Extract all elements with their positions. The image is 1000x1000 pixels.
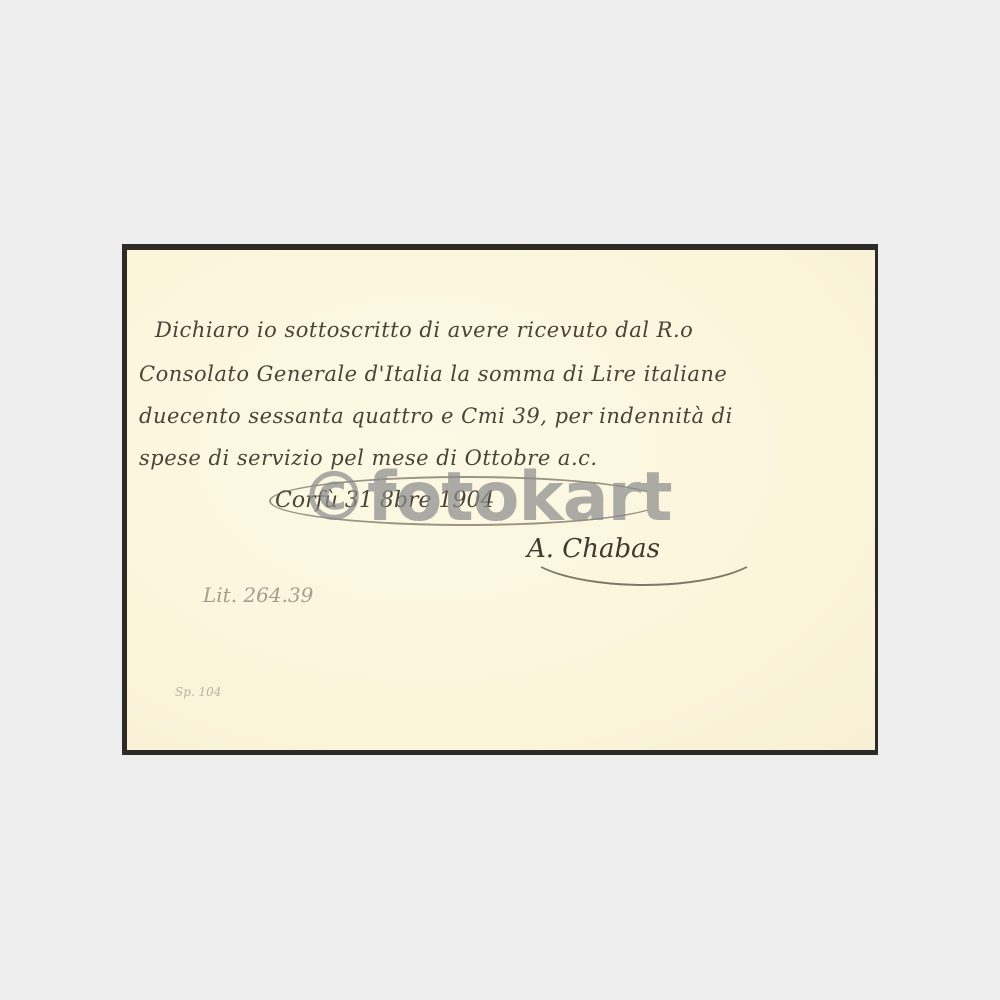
text-line-2: Consolato Generale d'Italia la somma di … xyxy=(139,362,727,386)
signature: A. Chabas xyxy=(527,534,660,564)
text-line-1: Dichiaro io sottoscritto di avere ricevu… xyxy=(155,318,693,342)
text-line-3: duecento sessanta quattro e Cmi 39, per … xyxy=(139,404,733,428)
pencil-note-amount: Lit. 264.39 xyxy=(203,583,313,607)
watermark: ©fotokart xyxy=(300,458,672,537)
pencil-note-small: Sp. 104 xyxy=(175,685,221,699)
